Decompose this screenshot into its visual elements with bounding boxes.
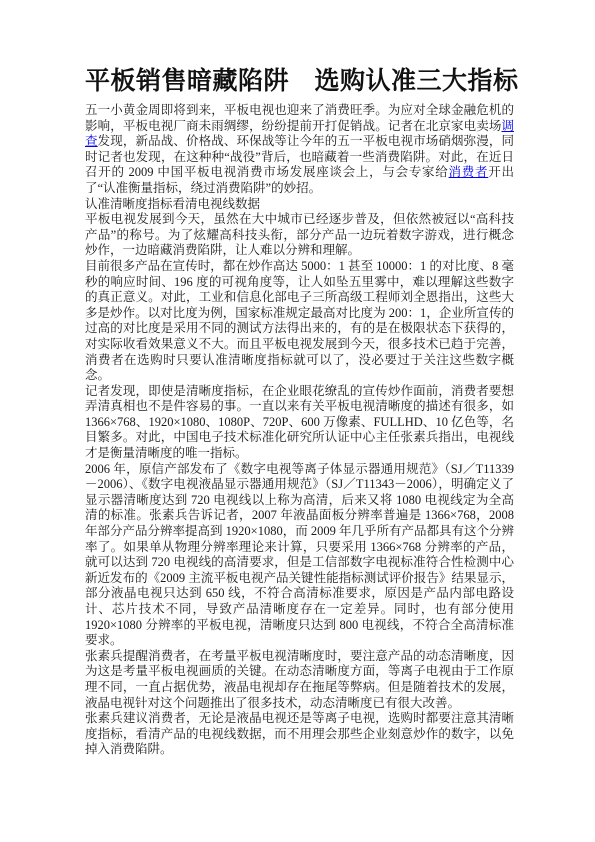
- section-heading: 认准清晰度指标看清电视线数据: [85, 197, 514, 213]
- paragraph: 五一小黄金周即将到来，平板电视也迎来了消费旺季。为应对全球金融危机的影响，平板电…: [85, 103, 514, 197]
- text-segment: 认准清晰度指标看清电视线数据: [85, 197, 260, 211]
- paragraph: 平板电视发展到今天，虽然在大中城市已经逐步普及，但依然被冠以“高科技产品”的称号…: [85, 212, 514, 259]
- inline-link[interactable]: 消费者: [449, 165, 489, 179]
- text-segment: 2006 年，原信产部发布了《数字电视等离子体显示器通用规范》（SJ／T1133…: [85, 462, 514, 648]
- paragraph: 2006 年，原信产部发布了《数字电视等离子体显示器通用规范》（SJ／T1133…: [85, 462, 514, 649]
- paragraph: 目前很多产品在宣传时，都在炒作高达 5000：1 甚至 10000：1 的对比度…: [85, 259, 514, 384]
- paragraph: 记者发现，即使是清晰度指标，在企业眼花缭乱的宣传炒作面前，消费者要想弄清真相也不…: [85, 384, 514, 462]
- text-segment: 张素兵建议消费者，无论是液晶电视还是等离子电视，选购时都要注意其清晰度指标，看清…: [85, 711, 514, 756]
- article-body: 五一小黄金周即将到来，平板电视也迎来了消费旺季。为应对全球金融危机的影响，平板电…: [85, 103, 514, 758]
- text-segment: 张素兵提醒消费者，在考量平板电视清晰度时，要注意产品的动态清晰度，因为这是考量平…: [85, 649, 514, 710]
- text-segment: 目前很多产品在宣传时，都在炒作高达 5000：1 甚至 10000：1 的对比度…: [85, 259, 514, 382]
- article-title: 平板销售暗藏陷阱 选购认准三大指标: [85, 66, 517, 98]
- text-segment: 五一小黄金周即将到来，平板电视也迎来了消费旺季。为应对全球金融危机的影响，平板电…: [85, 103, 514, 133]
- document-page: 平板销售暗藏陷阱 选购认准三大指标 五一小黄金周即将到来，平板电视也迎来了消费旺…: [0, 0, 595, 842]
- text-segment: 平板电视发展到今天，虽然在大中城市已经逐步普及，但依然被冠以“高科技产品”的称号…: [85, 212, 514, 257]
- text-segment: 记者发现，即使是清晰度指标，在企业眼花缭乱的宣传炒作面前，消费者要想弄清真相也不…: [85, 384, 514, 460]
- paragraph: 张素兵提醒消费者，在考量平板电视清晰度时，要注意产品的动态清晰度，因为这是考量平…: [85, 649, 514, 711]
- paragraph: 张素兵建议消费者，无论是液晶电视还是等离子电视，选购时都要注意其清晰度指标，看清…: [85, 711, 514, 758]
